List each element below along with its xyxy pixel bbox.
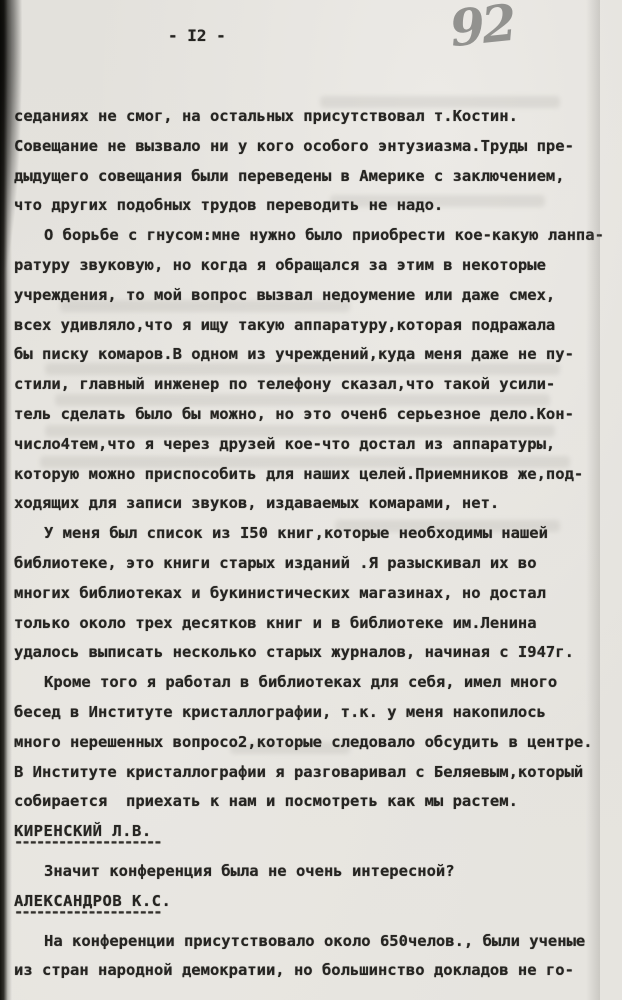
text-line: число4тем,что я через друзей кое-что дос… [14,430,600,460]
text-line: которую можно приспособить для наших цел… [14,460,600,490]
text-line: собирается приехать к нам и посмотреть к… [14,787,600,817]
text-line: только около трех десятков книг и в библ… [14,609,600,639]
text-line: библиотеке, это книги старых изданий .Я … [14,549,600,579]
scan-corner-shadow [0,0,22,280]
text-line: бы писку комаров.В одном из учреждений,к… [14,340,600,370]
text-line: тель сделать было бы можно, но это очен6… [14,400,600,430]
text-line: На конференции присутствовало около 650ч… [14,927,600,957]
text-line: учреждения, то мой вопрос вызвал недоуме… [14,281,600,311]
text-line: что других подобных трудов переводить не… [14,191,600,221]
divider-line: -------------------- [14,907,600,921]
text-line: ходящих для записи звуков, издаваемых ко… [14,489,600,519]
text-line: удалось выписать несколько старых журнал… [14,638,600,668]
scan-right-edge [596,0,622,1000]
text-line: У меня был список из I50 книг,которые не… [14,519,600,549]
divider-line: -------------------- [14,837,600,851]
text-line: Значит конференция была не очень интерес… [14,857,600,887]
text-line: В Институте кристаллографии я разговарив… [14,758,600,788]
document-body: седаниях не смог, на остальных присутств… [14,0,600,986]
text-line: многих библиотеках и букинистических маг… [14,579,600,609]
text-line: из стран народной демократии, но большин… [14,956,600,986]
scanned-document-page: - I2 - 92 седаниях не смог, на остальных… [0,0,622,1000]
text-line: О борьбе с гнусом:мне нужно было приобре… [14,221,600,251]
text-line: всех удивляло,что я ищу такую аппаратуру… [14,311,600,341]
text-line: ратуру звуковую, но когда я обращался за… [14,251,600,281]
text-line: много нерешенных вопросо2,которые следов… [14,728,600,758]
text-line: дыдущего совещания были переведены в Аме… [14,162,600,192]
text-line: Совещание не вызвало ни у кого особого э… [14,132,600,162]
text-line: стили, главный инженер по телефону сказа… [14,370,600,400]
text-line: седаниях не смог, на остальных присутств… [14,102,600,132]
text-line: Кроме того я работал в библиотеках для с… [14,668,600,698]
text-line: бесед в Институте кристаллографии, т.к. … [14,698,600,728]
